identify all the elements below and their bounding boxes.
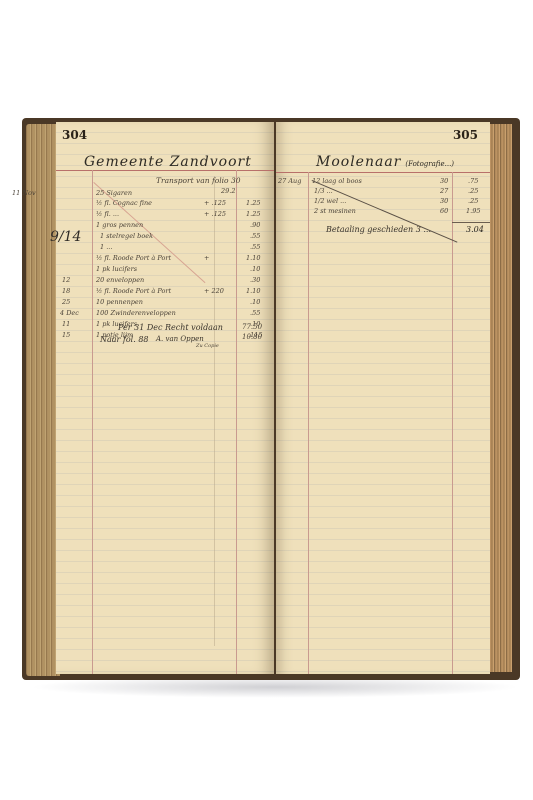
entry-description: 25 Sigaren: [96, 190, 132, 197]
entry-date: 25: [62, 299, 70, 306]
amount-column-rule: [236, 170, 237, 674]
settlement-line: Per 31 Dec Recht voldaan: [118, 324, 223, 332]
account-note: (Fotografie...): [405, 160, 454, 168]
settlement-line: Betaaling geschieden 3 ...: [326, 226, 431, 234]
right-page: 305 Moolenaar(Fotografie...) 27 Aug 12 l…: [276, 122, 490, 674]
entry-amount: .55: [250, 233, 260, 240]
entry-date: 15: [62, 332, 70, 339]
second-amount: 10.80: [242, 334, 262, 341]
entry-description: ½ fl. Roode Port à Port: [96, 255, 171, 262]
entry-amount: .55: [250, 310, 260, 317]
page-number-left: 304: [62, 128, 87, 142]
transport-line: Transport van folio 30: [156, 177, 241, 185]
entry-amount: .10: [250, 299, 260, 306]
entry-amount: 1.25: [246, 211, 260, 218]
entry-amount: .30: [250, 277, 260, 284]
entry-sub: 60: [440, 208, 448, 215]
signature-sub: Zu Copie: [196, 344, 219, 349]
entry-description: 1/2 wel ...: [314, 198, 346, 205]
entry-sub: 27: [440, 188, 448, 195]
entry-sub: + .125: [204, 211, 226, 218]
page-number-right: 305: [453, 128, 478, 142]
folio-note: Naar fol. 88: [100, 336, 149, 344]
entry-description: 2 st mesinen: [314, 208, 356, 215]
entry-description: 10 pennenpen: [96, 299, 143, 306]
entry-description: 12 laag ol boos: [312, 178, 362, 185]
entry-amount: .25: [468, 188, 478, 195]
entry-amount: .75: [468, 178, 478, 185]
entry-amount: 1.10: [246, 288, 260, 295]
entry-description: 1/3 ...: [314, 188, 333, 195]
entry-date: 11: [62, 321, 70, 328]
entry-sub: + .125: [204, 200, 226, 207]
entry-amount: .10: [250, 266, 260, 273]
sum-rule: [452, 222, 490, 223]
entry-sub: 30: [440, 178, 448, 185]
date-column-rule: [308, 172, 309, 674]
signature: A. van Oppen: [156, 336, 204, 343]
entry-sub: + 220: [204, 288, 224, 295]
header-rule: [56, 170, 274, 171]
entry-date: 18: [62, 288, 70, 295]
entry-amount: .90: [250, 222, 260, 229]
entry-date: 11 Nov: [12, 190, 36, 197]
transport-amount: 29.2: [221, 188, 235, 195]
entry-description: ½ fl. Roode Port à Port: [96, 288, 171, 295]
entry-description: 100 Zwinderenveloppen: [96, 310, 176, 317]
entry-amount: 1.10: [246, 255, 260, 262]
account-title-left: Gemeente Zandvoort: [84, 154, 252, 170]
right-page-edges: [488, 124, 512, 672]
entry-date: 27 Aug: [278, 178, 301, 185]
entry-description: 1 ...: [100, 244, 112, 251]
account-title-right: Moolenaar(Fotografie...): [316, 154, 454, 170]
sub-column-rule: [214, 176, 215, 646]
date-column-rule: [92, 170, 93, 674]
entry-description: 1 stelregel boek: [100, 233, 153, 240]
total-amount: 3.04: [466, 226, 484, 234]
margin-mark: 9/14: [50, 230, 81, 244]
entry-amount: .25: [468, 198, 478, 205]
entry-amount: 1.95: [466, 208, 480, 215]
entry-date: 12: [62, 277, 70, 284]
entry-description: 1 pk lucifers: [96, 266, 137, 273]
account-name: Moolenaar: [316, 154, 401, 170]
entry-description: ½ fl. ...: [96, 211, 119, 218]
entry-date: 4 Dec: [60, 310, 79, 317]
left-page: 304 Gemeente Zandvoort Transport van fol…: [56, 122, 274, 674]
entry-description: ½ fl. Cognac fine: [96, 200, 152, 207]
amount-column-rule: [452, 172, 453, 674]
entry-amount: .55: [250, 244, 260, 251]
entry-amount: 1.25: [246, 200, 260, 207]
entry-sub: +: [204, 255, 209, 262]
entry-description: 1 gros pennen: [96, 222, 143, 229]
left-page-edges: [26, 124, 60, 676]
entry-sub: 30: [440, 198, 448, 205]
settlement-amount: 77.50: [242, 324, 262, 331]
entry-description: 20 enveloppen: [96, 277, 144, 284]
